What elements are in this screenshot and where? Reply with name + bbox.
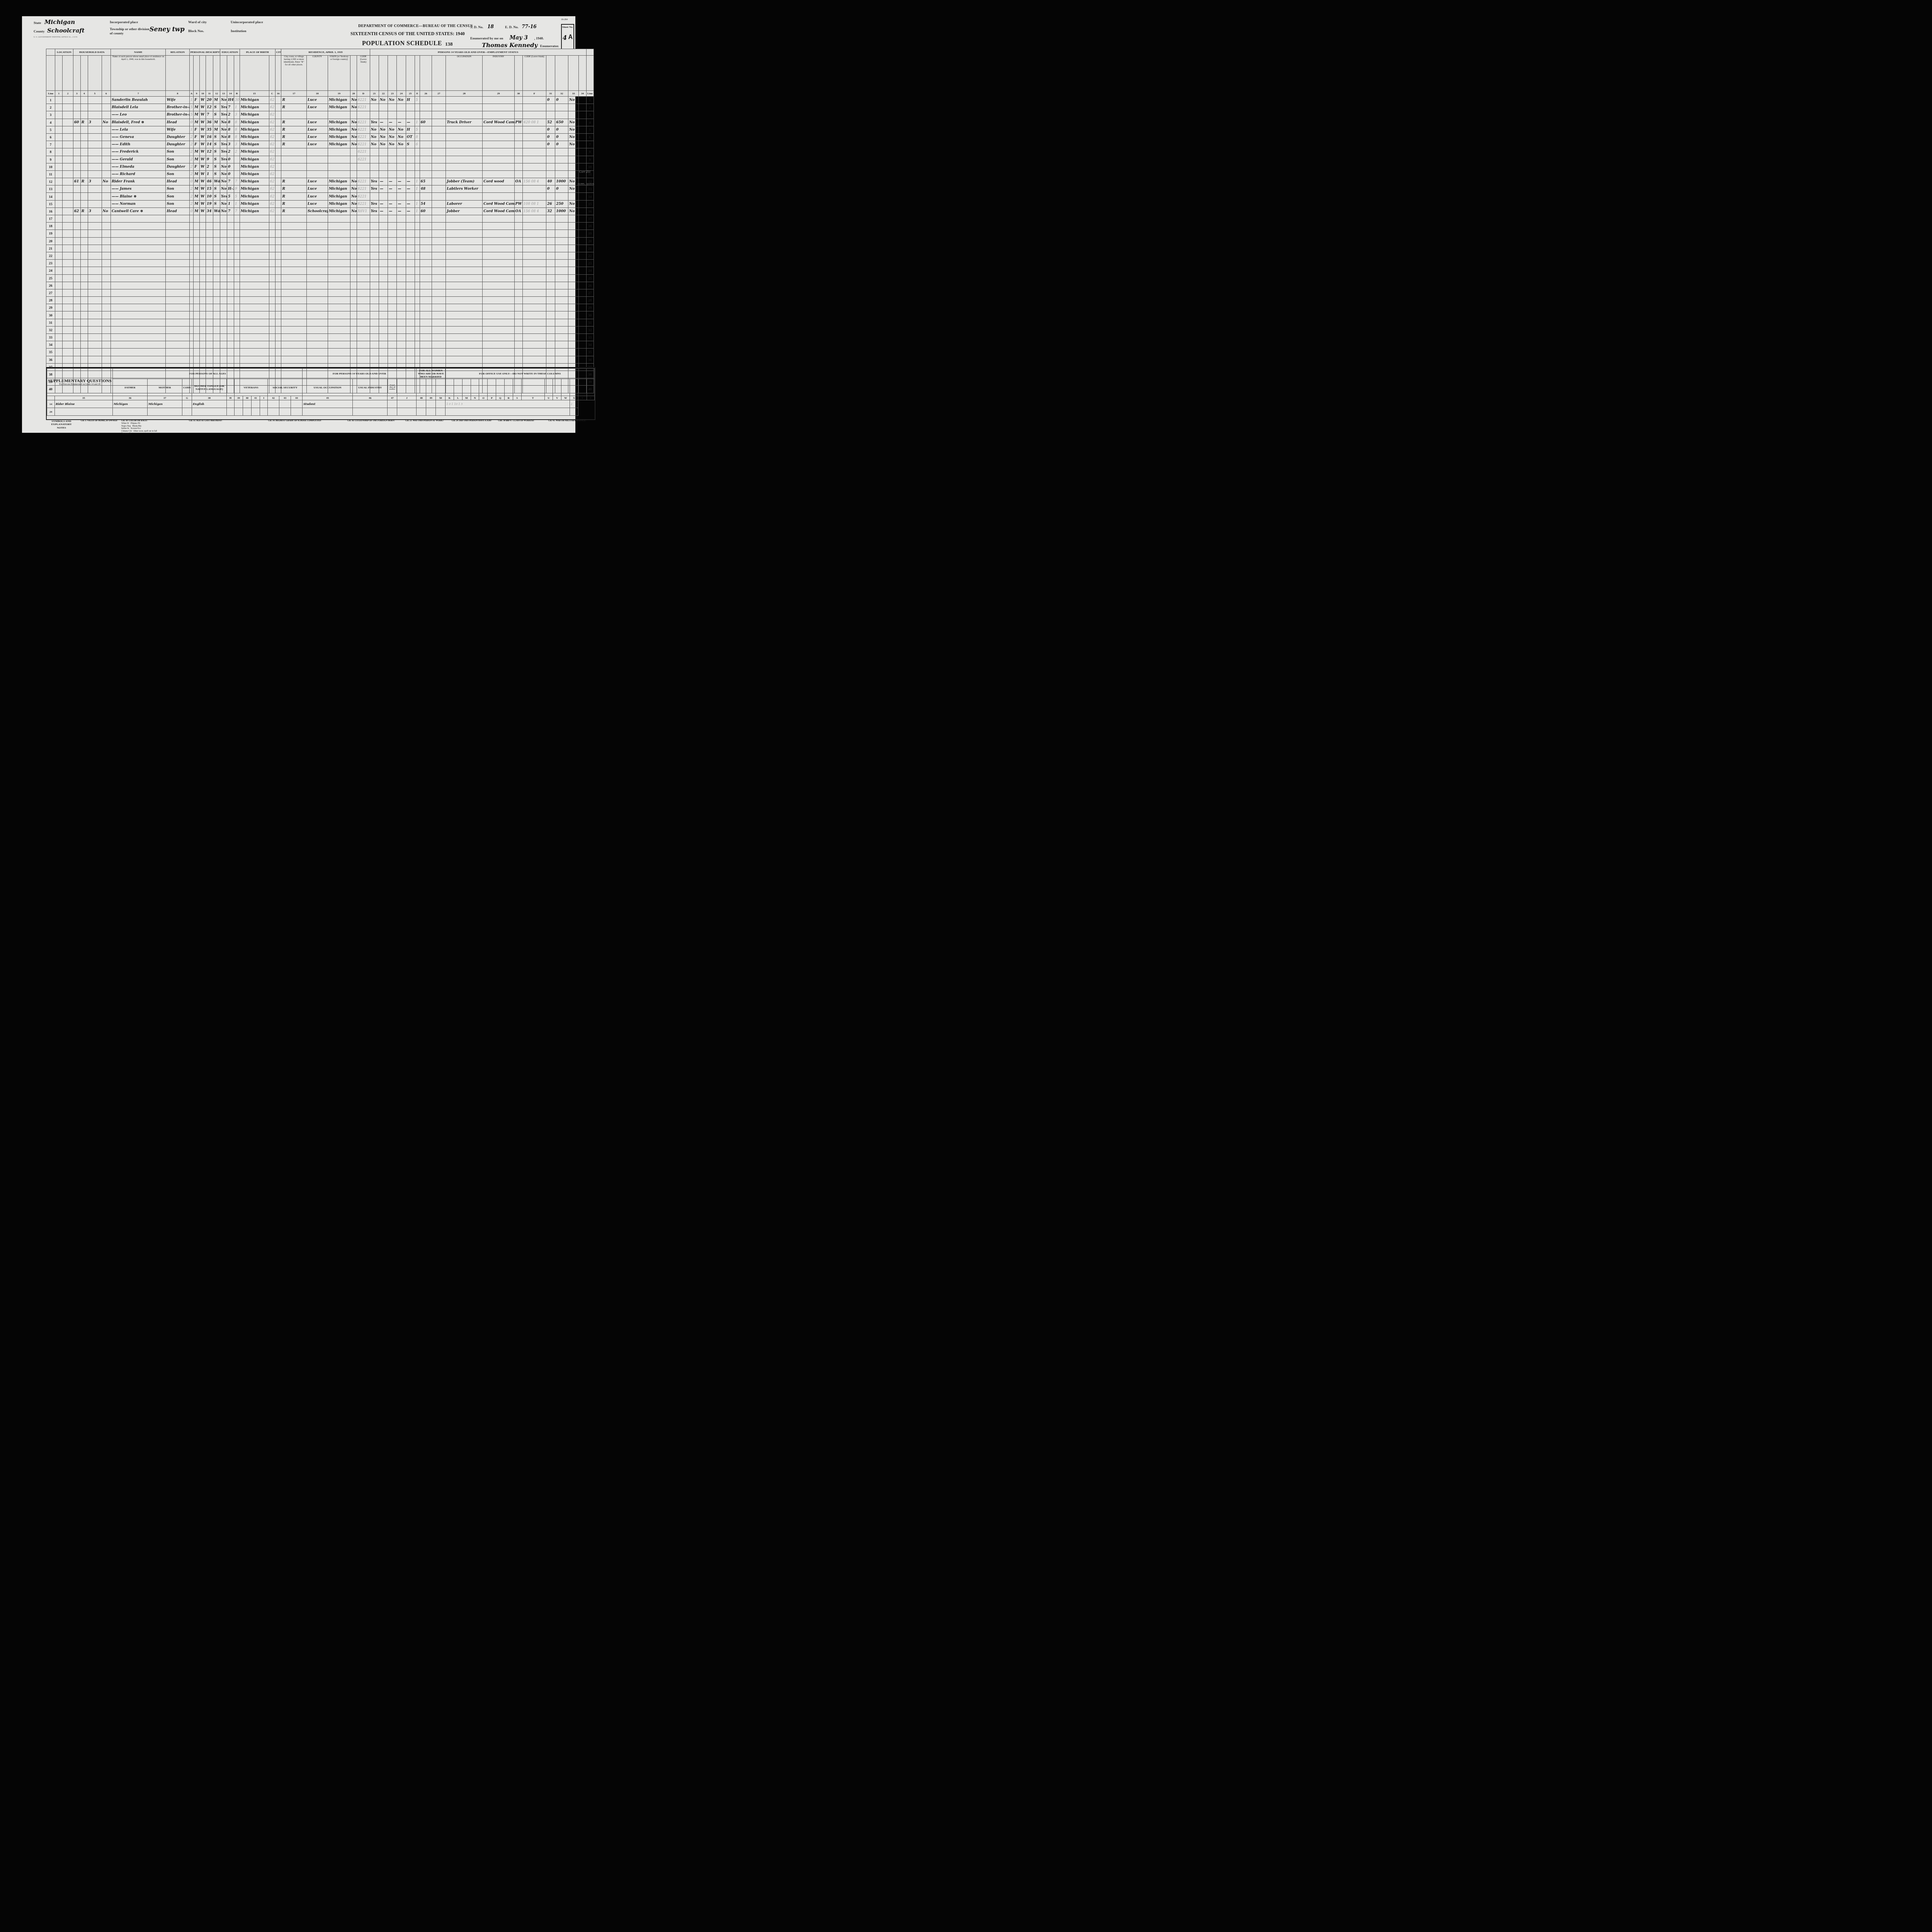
empty-cell <box>370 260 379 267</box>
empty-cell <box>200 289 206 296</box>
column-number: 25 <box>406 91 415 97</box>
supp-empty-cell <box>279 408 291 416</box>
empty-cell <box>166 319 189 326</box>
empty-cell <box>388 282 397 289</box>
group-education: EDUCATION <box>220 49 240 56</box>
supp-empty-cell <box>227 400 235 408</box>
cell-value <box>88 163 102 170</box>
empty-cell <box>206 319 213 326</box>
cell-occupation <box>446 156 483 163</box>
empty-cell <box>514 356 522 363</box>
empty-cell <box>379 237 388 245</box>
supp-column-number: S <box>513 396 521 400</box>
enumerated-date: May 3 <box>510 35 528 41</box>
line-number: 35 <box>586 349 594 356</box>
table-row-blank: 1919 <box>46 230 594 237</box>
cell-sex: M <box>194 207 200 215</box>
line-number: 17 <box>46 215 55 223</box>
empty-cell <box>357 349 370 356</box>
notes-col21: Col. 21. WAS THIS PERSON AT WORK? <box>405 420 444 422</box>
cell-c21 <box>370 156 379 163</box>
empty-cell <box>194 230 200 237</box>
schedule-title: POPULATION SCHEDULE <box>362 40 442 47</box>
cell-occupation <box>446 104 483 111</box>
cell-c26 <box>420 133 432 141</box>
cell-sex: M <box>194 170 200 178</box>
empty-cell <box>73 341 80 349</box>
empty-cell <box>111 319 166 326</box>
cell-c22: — <box>379 185 388 193</box>
supp-column-number: N <box>471 396 479 400</box>
cell-c31 <box>546 111 555 119</box>
block-label: Block Nos. <box>188 29 204 33</box>
empty-cell <box>73 289 80 296</box>
cell-line: 5 <box>586 126 594 133</box>
empty-cell <box>240 349 269 356</box>
empty-cell <box>63 282 73 289</box>
notes-symbols-title: SYMBOLS AND EXPLANATORY NOTES <box>50 420 73 429</box>
cell-res17: R <box>281 193 306 200</box>
cell-f <box>522 141 546 148</box>
empty-cell <box>220 349 227 356</box>
empty-cell <box>370 319 379 326</box>
empty-cell <box>189 267 194 274</box>
empty-cell <box>111 252 166 259</box>
column-number: 7 <box>111 91 166 97</box>
supplementary-subtitle: For Persons Enumerated on Lines 14 and 2… <box>48 383 112 386</box>
empty-cell <box>73 267 80 274</box>
supp-empty-cell <box>436 408 446 416</box>
empty-cell <box>227 215 234 223</box>
empty-cell <box>370 311 379 319</box>
empty-cell <box>546 274 555 282</box>
empty-cell <box>546 237 555 245</box>
empty-cell <box>432 319 446 326</box>
cell-c34 <box>579 141 586 148</box>
cell-c32: 1000 <box>555 178 568 185</box>
empty-cell <box>546 260 555 267</box>
cell-marital: S <box>213 148 220 156</box>
empty-cell <box>73 230 80 237</box>
cell-marital: M <box>213 126 220 133</box>
notes-col10-items: White W Filipino Fil Negro Neg Hindu Hin… <box>121 422 157 435</box>
empty-cell <box>555 223 568 230</box>
cell-birthplace: Michigan <box>240 156 269 163</box>
empty-cell <box>446 245 483 252</box>
cell-street <box>55 170 63 178</box>
empty-cell <box>555 237 568 245</box>
empty-cell <box>111 274 166 282</box>
cell-c25 <box>406 170 415 178</box>
empty-cell <box>220 215 227 223</box>
empty-cell <box>397 311 406 319</box>
empty-cell <box>397 223 406 230</box>
cell-farm <box>102 104 111 111</box>
table-row: 9—— GeraldSon2MW9SYes0Michigan6262219 <box>46 156 594 163</box>
cell-name: Cantwell Care ⊗ <box>111 207 166 215</box>
empty-cell <box>446 319 483 326</box>
empty-cell <box>514 334 522 341</box>
empty-cell <box>189 252 194 259</box>
empty-cell <box>432 356 446 363</box>
cell-c24: — <box>397 119 406 126</box>
cell-c33 <box>568 163 579 170</box>
cell-cit <box>275 163 281 170</box>
empty-cell <box>406 297 415 304</box>
cell-occupation <box>446 193 483 200</box>
cell-line: 1 <box>586 97 594 104</box>
cell-school: No <box>220 126 227 133</box>
empty-cell <box>357 267 370 274</box>
empty-cell <box>227 274 234 282</box>
table-row: 2Blaisdell LelaBrother-in-law5MW12SYes71… <box>46 104 594 111</box>
empty-cell <box>397 334 406 341</box>
cell-own: R <box>80 178 88 185</box>
cell-farm <box>102 200 111 207</box>
notes-col24: Col. 24. DID THIS PERSON HAVE A JOB? <box>452 420 492 422</box>
empty-cell <box>568 289 579 296</box>
supplementary-questions: SUPPLEMENTARY QUESTIONS For Persons Enum… <box>46 367 595 420</box>
cell-d: 6221 <box>357 178 370 185</box>
empty-cell <box>306 341 328 349</box>
cell-a: 2 <box>189 185 194 193</box>
supp-column-number: 44 <box>291 396 303 400</box>
empty-cell <box>234 356 240 363</box>
cell-d: 6221 <box>357 193 370 200</box>
supp-cell-father <box>113 408 148 416</box>
empty-cell <box>102 252 111 259</box>
cell-a: 2 <box>189 156 194 163</box>
cell-sex: M <box>194 178 200 185</box>
empty-cell <box>370 326 379 333</box>
empty-cell <box>555 215 568 223</box>
cell-a: 0 <box>189 207 194 215</box>
empty-cell <box>275 356 281 363</box>
cell-marital: S <box>213 163 220 170</box>
cell-c31 <box>546 156 555 163</box>
empty-cell <box>281 334 306 341</box>
empty-cell <box>275 215 281 223</box>
cell-house <box>63 119 73 126</box>
cell-occupation <box>446 170 483 178</box>
empty-cell <box>200 282 206 289</box>
empty-cell <box>234 230 240 237</box>
supp-column-number: 37 <box>148 396 182 400</box>
cell-res20: No <box>350 178 357 185</box>
column-number: 21 <box>370 91 379 97</box>
line-number: 23 <box>586 260 594 267</box>
cell-res19: Michigan <box>328 193 350 200</box>
cell-d: 6221 <box>357 185 370 193</box>
column-number: 3 <box>73 91 80 97</box>
empty-cell <box>379 311 388 319</box>
empty-cell <box>220 260 227 267</box>
block-field: Block Nos. <box>188 29 204 33</box>
empty-cell <box>189 356 194 363</box>
line-number: 21 <box>46 245 55 252</box>
empty-cell <box>568 341 579 349</box>
supp-body: 14Rider BlaineMichiganMichiganEnglishStu… <box>47 400 595 416</box>
cell-res18 <box>306 170 328 178</box>
supp-cell-line: 29 <box>47 408 55 416</box>
cell-sex: F <box>194 126 200 133</box>
cell-c: 62 <box>269 163 275 170</box>
cell-f: 420 08 1 <box>522 119 546 126</box>
cell-res19: Michigan <box>328 104 350 111</box>
cell-industry: Cord Wood Camp <box>483 207 514 215</box>
state-label: State <box>34 21 41 25</box>
cell-c27 <box>432 185 446 193</box>
empty-cell <box>281 252 306 259</box>
cell-c26 <box>420 163 432 170</box>
cell-class: PW <box>514 119 522 126</box>
empty-cell <box>483 356 514 363</box>
empty-cell <box>102 349 111 356</box>
cell-occupation: Jobber <box>446 207 483 215</box>
empty-cell <box>328 267 350 274</box>
cell-res17: R <box>281 185 306 193</box>
cell-hh <box>73 141 80 148</box>
empty-cell <box>111 260 166 267</box>
empty-cell <box>406 326 415 333</box>
cell-line: 16 <box>46 207 55 215</box>
cell-school: No <box>220 207 227 215</box>
empty-cell <box>206 289 213 296</box>
cell-f <box>522 185 546 193</box>
empty-cell <box>55 237 63 245</box>
cell-a: 2 <box>189 148 194 156</box>
empty-cell <box>370 252 379 259</box>
cell-res18: Schoolcraft <box>306 207 328 215</box>
cell-hh <box>73 163 80 170</box>
empty-cell <box>415 215 420 223</box>
cell-class: OA <box>514 178 522 185</box>
empty-cell <box>102 289 111 296</box>
empty-cell <box>388 260 397 267</box>
cell-res20 <box>350 163 357 170</box>
empty-cell <box>194 274 200 282</box>
empty-cell <box>397 319 406 326</box>
cell-d: X6V1 <box>357 207 370 215</box>
cell-class <box>514 156 522 163</box>
cell-c31: 40 <box>546 178 555 185</box>
empty-cell <box>88 274 102 282</box>
supp-empty-cell <box>182 400 192 408</box>
empty-cell <box>555 274 568 282</box>
cell-c23: — <box>388 200 397 207</box>
unincorporated-field: Unincorporated place <box>231 20 263 24</box>
table-row-blank: 3232 <box>46 326 594 333</box>
cell-b: 2 <box>234 148 240 156</box>
cell-age: 34 <box>206 207 213 215</box>
empty-cell <box>514 245 522 252</box>
empty-cell <box>102 334 111 341</box>
group-relation: RELATION <box>166 49 189 56</box>
empty-cell <box>350 230 357 237</box>
cell-relation: Son <box>166 200 189 207</box>
cell-c27 <box>432 156 446 163</box>
sd-label: S. D. No. <box>470 25 483 29</box>
cell-c21 <box>370 104 379 111</box>
empty-cell <box>370 297 379 304</box>
empty-cell <box>555 356 568 363</box>
cell-birthplace: Michigan <box>240 170 269 178</box>
cell-e: 8 <box>415 133 420 141</box>
col18-description: COUNTY <box>306 56 328 91</box>
cell-c26 <box>420 148 432 156</box>
empty-cell <box>388 267 397 274</box>
cell-c: 62 <box>269 193 275 200</box>
empty-cell <box>522 304 546 311</box>
col28-description: OCCUPATION <box>446 56 483 91</box>
cell-c24 <box>397 163 406 170</box>
cell-class <box>514 133 522 141</box>
cell-c22 <box>379 104 388 111</box>
empty-cell <box>227 356 234 363</box>
cell-res19: Michigan <box>328 207 350 215</box>
cell-c23: No <box>388 97 397 104</box>
cell-e <box>415 156 420 163</box>
empty-cell <box>420 252 432 259</box>
empty-cell <box>546 349 555 356</box>
empty-cell <box>63 237 73 245</box>
empty-cell <box>370 289 379 296</box>
empty-cell <box>357 223 370 230</box>
empty-cell <box>357 334 370 341</box>
empty-cell <box>420 334 432 341</box>
cell-line: 9 <box>46 156 55 163</box>
empty-cell <box>234 311 240 319</box>
empty-cell <box>388 356 397 363</box>
empty-cell <box>555 334 568 341</box>
empty-cell <box>514 349 522 356</box>
cell-c31 <box>546 104 555 111</box>
empty-cell <box>432 223 446 230</box>
cell-c25: H <box>406 126 415 133</box>
cell-house <box>63 97 73 104</box>
cell-c33: No <box>568 207 579 215</box>
empty-cell <box>213 237 220 245</box>
cell-f <box>522 148 546 156</box>
empty-cell <box>220 356 227 363</box>
empty-cell <box>88 215 102 223</box>
cell-age: 10 <box>206 193 213 200</box>
cell-own <box>80 97 88 104</box>
empty-cell <box>350 297 357 304</box>
cell-marital: S <box>213 104 220 111</box>
empty-cell <box>227 311 234 319</box>
empty-cell <box>406 356 415 363</box>
table-row: 8—— FrederickSon2MW12SYes22Michigan62622… <box>46 148 594 156</box>
empty-cell <box>546 267 555 274</box>
empty-cell <box>568 334 579 341</box>
cell-c27 <box>432 141 446 148</box>
cell-industry <box>483 104 514 111</box>
cell-a: 5 <box>189 104 194 111</box>
empty-cell <box>275 260 281 267</box>
cell-res18 <box>306 111 328 119</box>
empty-cell <box>370 245 379 252</box>
column-number: Line <box>46 91 55 97</box>
empty-cell <box>350 274 357 282</box>
printing-office-note: U. S. GOVERNMENT PRINTING OFFICE 16—1157… <box>34 36 77 38</box>
cell-c31: 26 <box>546 200 555 207</box>
empty-cell <box>514 311 522 319</box>
cell-res19 <box>328 170 350 178</box>
group-birth: PLACE OF BIRTH <box>240 49 275 56</box>
empty-cell <box>555 289 568 296</box>
cell-b: 8 <box>234 133 240 141</box>
empty-cell <box>63 297 73 304</box>
supp-column-number: 36 <box>113 396 148 400</box>
empty-cell <box>55 289 63 296</box>
cell-res18: Luce <box>306 193 328 200</box>
empty-cell <box>189 334 194 341</box>
stamp-number: 138 <box>445 41 453 47</box>
empty-cell <box>379 304 388 311</box>
cell-c32: 250 <box>555 200 568 207</box>
empty-cell <box>415 289 420 296</box>
cell-c25 <box>406 104 415 111</box>
empty-cell <box>63 223 73 230</box>
empty-cell <box>55 297 63 304</box>
cell-c23: — <box>388 207 397 215</box>
cell-c27 <box>432 200 446 207</box>
empty-cell <box>80 267 88 274</box>
cell-res17: R <box>281 104 306 111</box>
empty-cell <box>200 334 206 341</box>
empty-cell <box>88 326 102 333</box>
empty-cell <box>522 237 546 245</box>
cell-f <box>522 193 546 200</box>
empty-cell <box>111 326 166 333</box>
cell-b: 7 <box>234 178 240 185</box>
cell-own <box>80 170 88 178</box>
empty-cell <box>350 356 357 363</box>
empty-cell <box>432 237 446 245</box>
empty-cell <box>111 311 166 319</box>
cell-race: W <box>200 170 206 178</box>
empty-cell <box>357 245 370 252</box>
supp-column-number: 40 <box>243 396 252 400</box>
cell-own: R <box>80 207 88 215</box>
cell-line: 16 <box>586 207 594 215</box>
cell-birthplace: Michigan <box>240 126 269 133</box>
empty-cell <box>350 341 357 349</box>
empty-cell <box>102 237 111 245</box>
cell-industry <box>483 111 514 119</box>
cell-school: No <box>220 163 227 170</box>
cell-c32: 650 <box>555 119 568 126</box>
column-number: 4 <box>80 91 88 97</box>
cell-c22: No <box>379 97 388 104</box>
empty-cell <box>227 334 234 341</box>
empty-cell <box>379 289 388 296</box>
empty-cell <box>269 289 275 296</box>
empty-cell <box>166 282 189 289</box>
empty-cell <box>483 289 514 296</box>
empty-cell <box>432 297 446 304</box>
empty-cell <box>63 245 73 252</box>
empty-cell <box>406 311 415 319</box>
cell-name: —— Richard <box>111 170 166 178</box>
cell-value <box>88 170 102 178</box>
empty-cell <box>166 237 189 245</box>
cell-line: 13 <box>46 185 55 193</box>
empty-cell <box>73 304 80 311</box>
cell-res17 <box>281 148 306 156</box>
cell-res18: Luce <box>306 141 328 148</box>
